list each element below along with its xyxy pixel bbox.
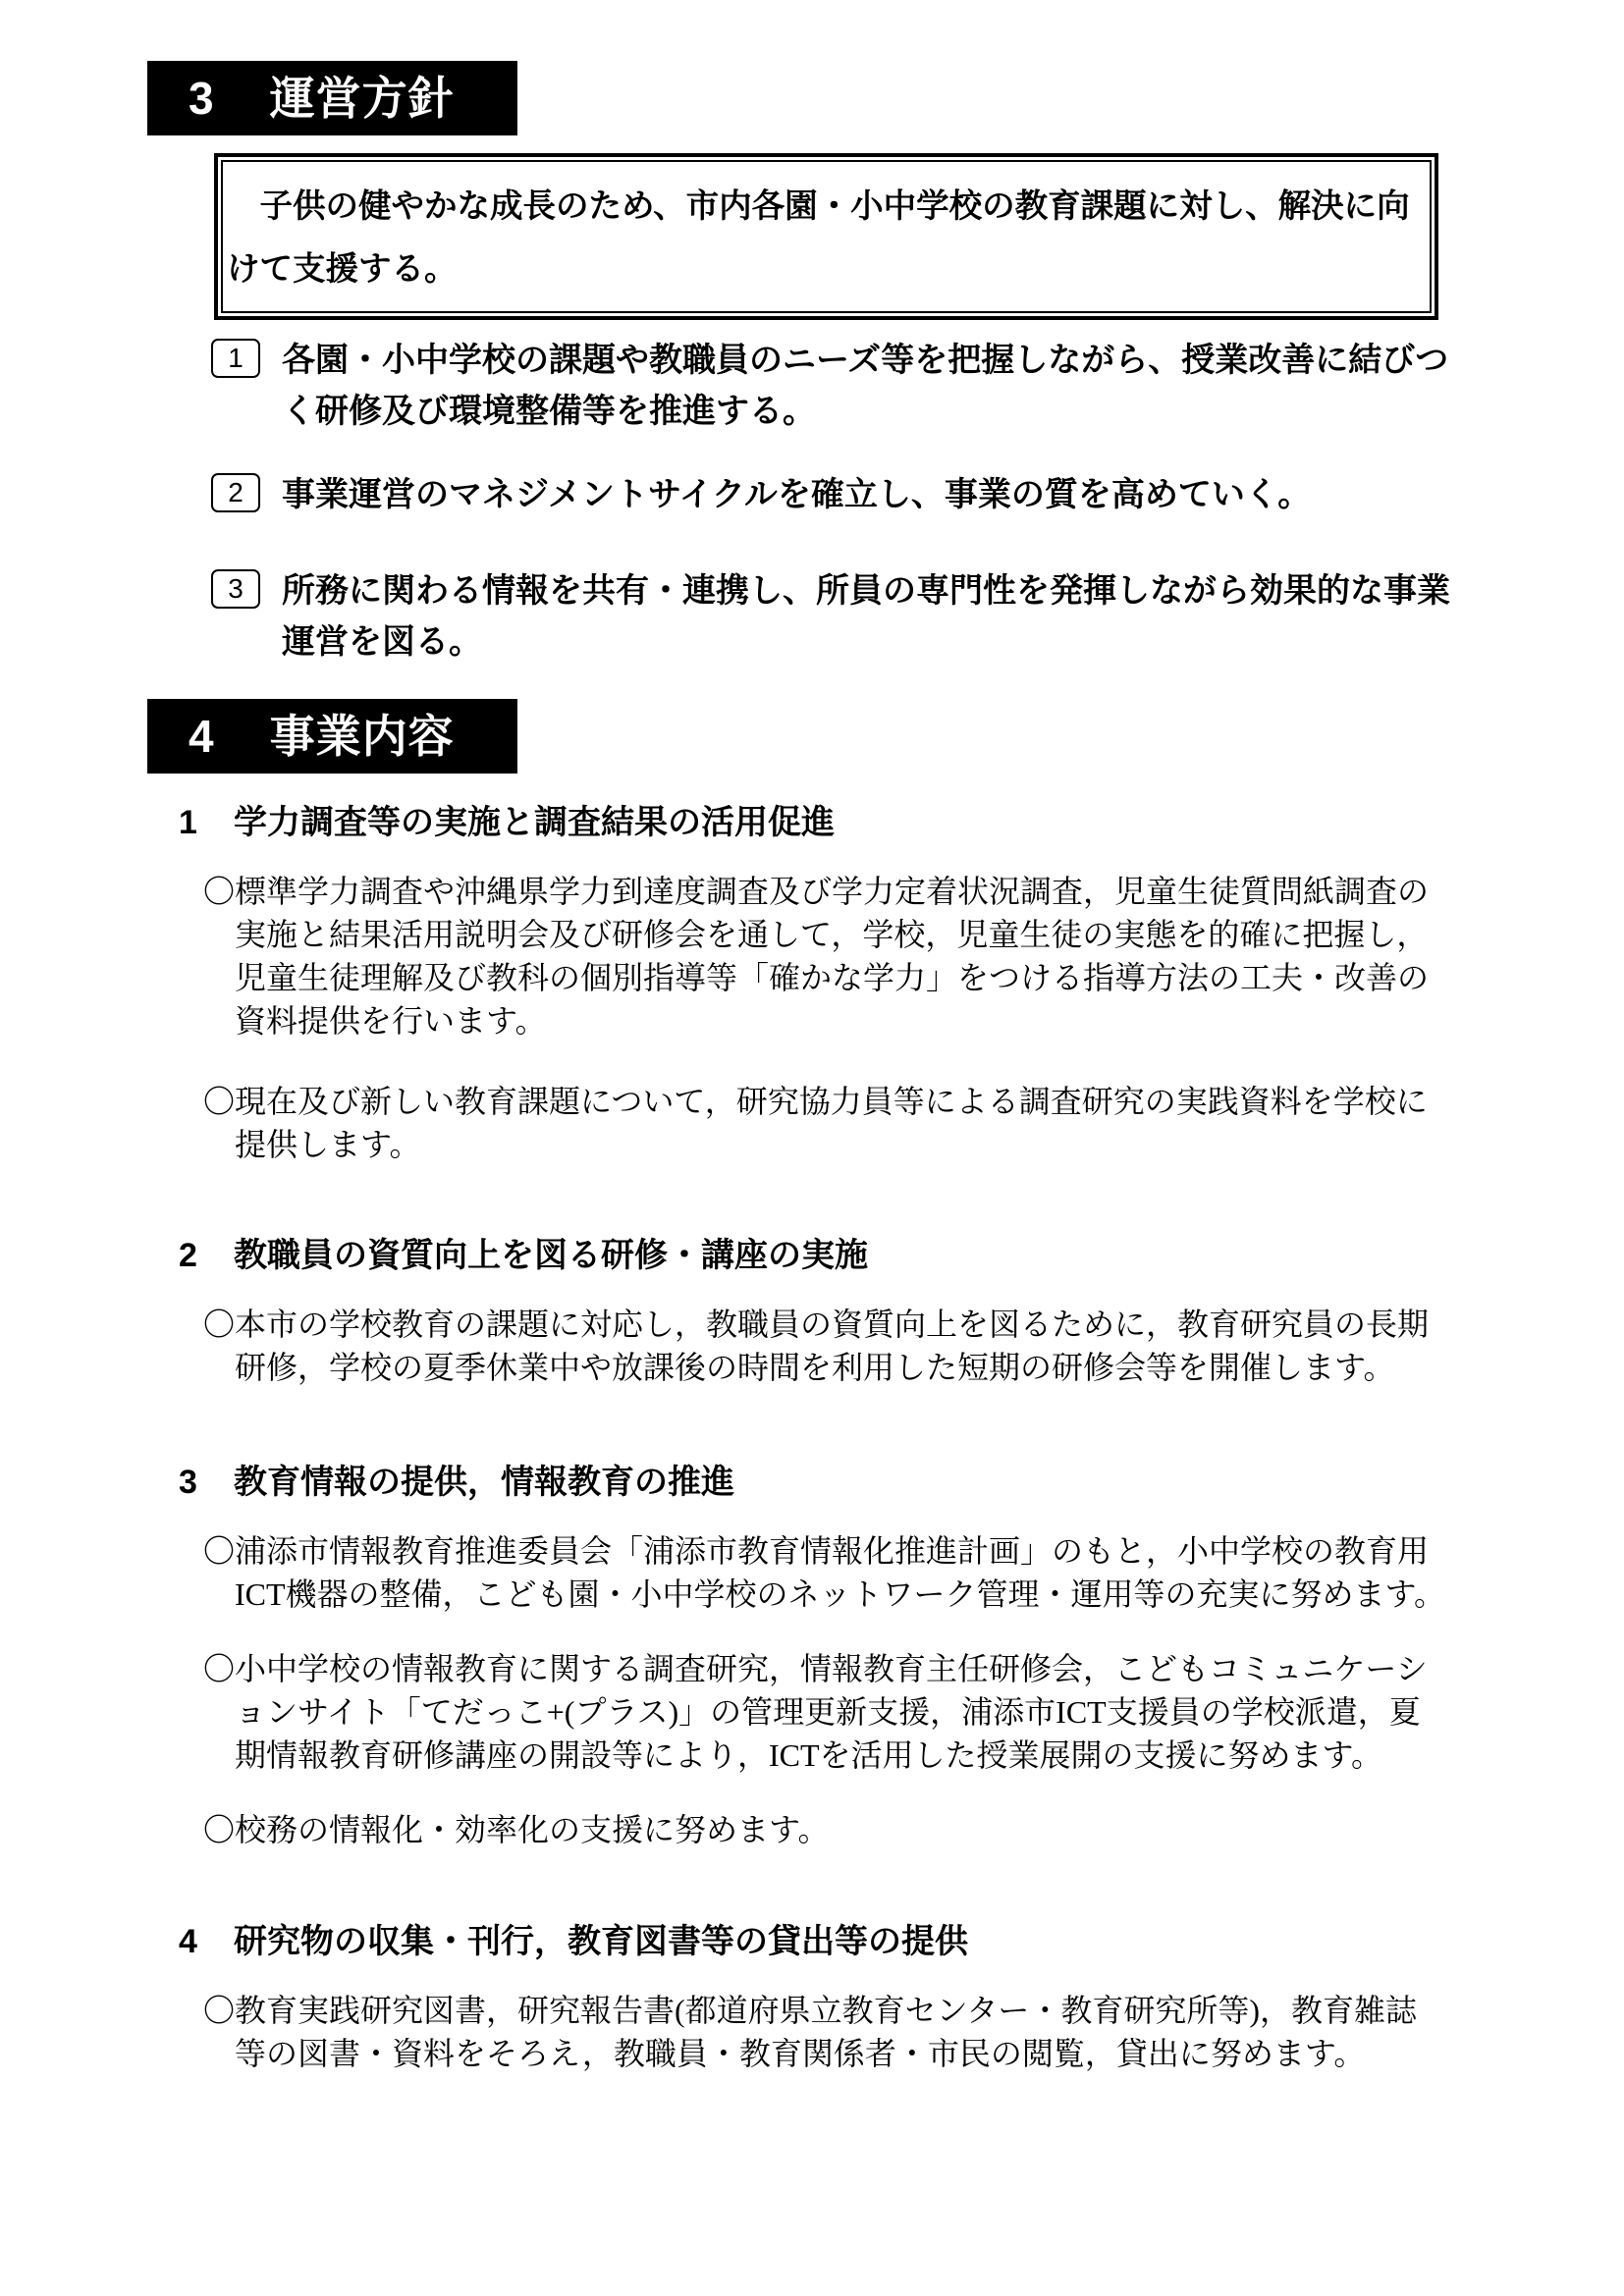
policy-item-3-number-box: 3	[211, 569, 260, 609]
subsection-1-paragraph-2: 〇現在及び新しい教育課題について，研究協力員等による調査研究の実践資料を学校に提…	[203, 1080, 1448, 1166]
subsection-4-heading: 4研究物の収集・刊行，教育図書等の貸出等の提供	[179, 1920, 1624, 1963]
policy-item-2-text: 事業運営のマネジメントサイクルを確立し、事業の質を高めていく。	[282, 469, 1460, 520]
section-4-header-row: 4事業内容	[147, 699, 1624, 774]
subsection-1-paragraph-1: 〇標準学力調査や沖縄県学力到達度調査及び学力定着状況調査，児童生徒質問紙調査の実…	[203, 870, 1448, 1042]
section-3-number: 3	[189, 76, 215, 121]
subsection-3-paragraph-3: 〇校務の情報化・効率化の支援に努めます。	[203, 1808, 1448, 1851]
subsection-3-paragraph-1: 〇浦添市情報教育推進委員会「浦添市教育情報化推進計画」のもと，小中学校の教育用I…	[203, 1529, 1448, 1616]
policy-item-3: 3 所務に関わる情報を共有・連携し、所員の専門性を発揮しながら効果的な事業運営を…	[211, 565, 1624, 667]
policy-statement-box-inner: 子供の健やかな成長のため、市内各園・小中学校の教育課題に対し、解決に向けて支援す…	[221, 160, 1432, 313]
section-3-heading: 3運営方針	[147, 61, 517, 135]
subsection-2-paragraph-1: 〇本市の学校教育の課題に対応し，教職員の資質向上を図るために，教育研究員の長期研…	[203, 1303, 1448, 1389]
section-3-header-row: 3運営方針	[147, 61, 1624, 135]
subsection-4-number: 4	[179, 1920, 234, 1963]
subsection-1-number: 1	[179, 801, 234, 844]
subsection-2-number: 2	[179, 1234, 234, 1277]
section-4-number: 4	[189, 714, 215, 759]
subsection-1-title: 学力調査等の実施と調査結果の活用促進	[234, 804, 835, 841]
policy-item-1-text: 各園・小中学校の課題や教職員のニーズ等を把握しながら、授業改善に結びつく研修及び…	[282, 335, 1460, 437]
policy-statement-box: 子供の健やかな成長のため、市内各園・小中学校の教育課題に対し、解決に向けて支援す…	[214, 153, 1438, 320]
subsection-4-paragraph-1: 〇教育実践研究図書，研究報告書(都道府県立教育センター・教育研究所等)，教育雑誌…	[203, 1989, 1448, 2075]
section-3-title: 運営方針	[270, 73, 455, 124]
subsection-3-paragraph-2: 〇小中学校の情報教育に関する調査研究，情報教育主任研修会，こどもコミュニケーショ…	[203, 1647, 1448, 1777]
subsection-2-title: 教職員の資質向上を図る研修・講座の実施	[234, 1237, 868, 1274]
subsection-3-number: 3	[179, 1461, 234, 1504]
document-page: 3運営方針 子供の健やかな成長のため、市内各園・小中学校の教育課題に対し、解決に…	[0, 0, 1624, 2296]
policy-item-1: 1 各園・小中学校の課題や教職員のニーズ等を把握しながら、授業改善に結びつく研修…	[211, 335, 1624, 437]
policy-item-1-number-box: 1	[211, 339, 260, 378]
section-4-title: 事業内容	[270, 711, 455, 762]
subsection-1-heading: 1学力調査等の実施と調査結果の活用促進	[179, 801, 1624, 844]
policy-item-2-number-box: 2	[211, 473, 260, 512]
section-4-heading: 4事業内容	[147, 699, 517, 774]
policy-item-2: 2 事業運営のマネジメントサイクルを確立し、事業の質を高めていく。	[211, 469, 1624, 520]
subsection-3-heading: 3教育情報の提供，情報教育の推進	[179, 1461, 1624, 1504]
subsection-3-title: 教育情報の提供，情報教育の推進	[234, 1464, 734, 1501]
policy-statement-text: 子供の健やかな成長のため、市内各園・小中学校の教育課題に対し、解決に向けて支援す…	[227, 176, 1426, 301]
subsection-4-title: 研究物の収集・刊行，教育図書等の貸出等の提供	[234, 1923, 968, 1960]
subsection-2-heading: 2教職員の資質向上を図る研修・講座の実施	[179, 1234, 1624, 1277]
policy-item-3-text: 所務に関わる情報を共有・連携し、所員の専門性を発揮しながら効果的な事業運営を図る…	[282, 565, 1460, 667]
